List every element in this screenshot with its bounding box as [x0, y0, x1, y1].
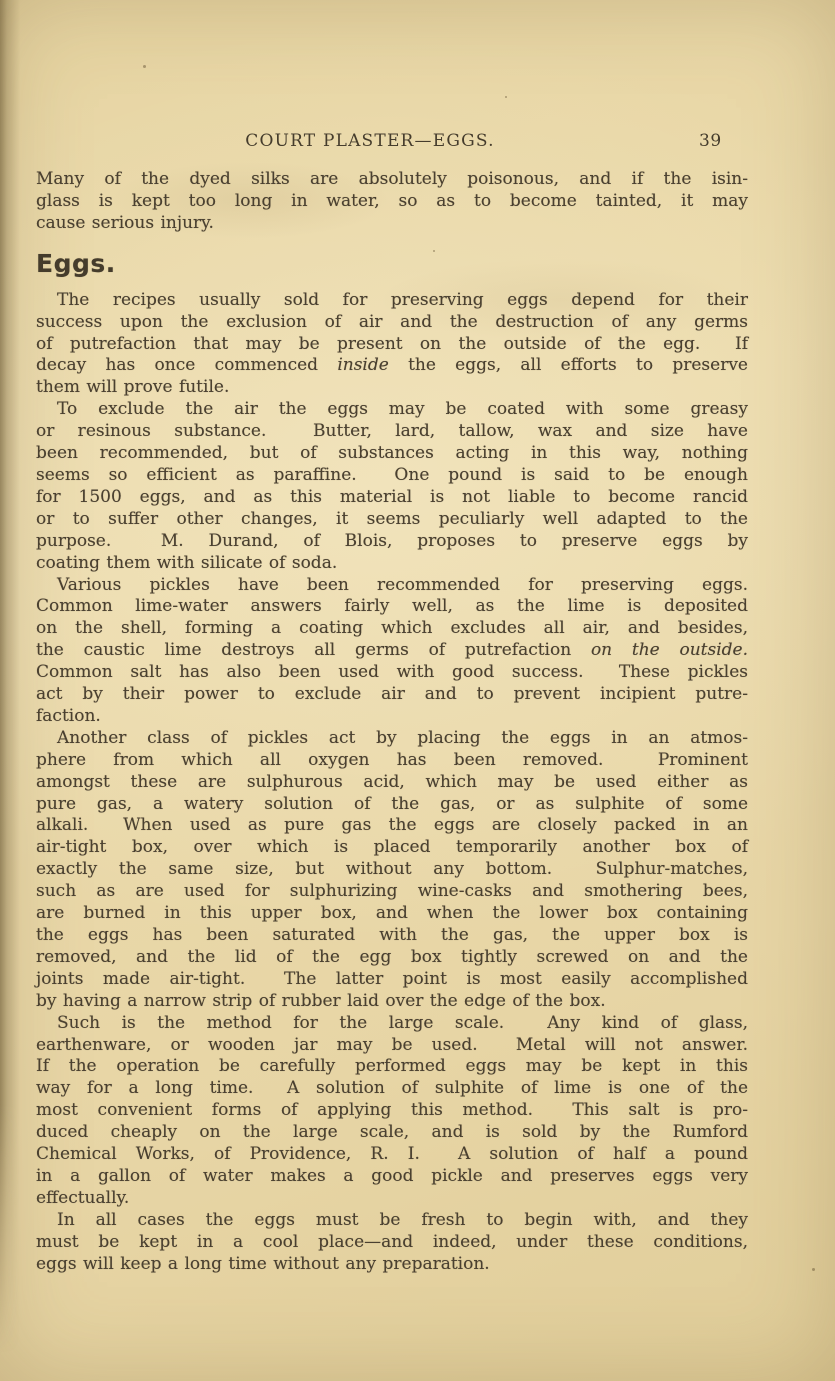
text-line: Various pickles have been recommended fo… [36, 575, 748, 597]
text-line: such as are used for sulphurizing wine-c… [36, 881, 748, 903]
text-line: or to suffer other changes, it seems pec… [36, 509, 748, 531]
text-line: seems so efficient as paraffine. One pou… [36, 465, 748, 487]
text-line: phere from which all oxygen has been rem… [36, 750, 748, 772]
text-line: the eggs has been saturated with the gas… [36, 925, 748, 947]
text-line: in a gallon of water makes a good pickle… [36, 1166, 748, 1188]
section-heading: Eggs. [36, 247, 748, 281]
paragraph: Another class of pickles act by placing … [36, 728, 748, 1013]
paper-speck [812, 1268, 815, 1271]
text-line: way for a long time. A solution of sulph… [36, 1078, 748, 1100]
paper-speck [505, 96, 507, 98]
text-line: purpose. M. Durand, of Blois, proposes t… [36, 531, 748, 553]
text-line: the caustic lime destroys all germs of p… [36, 640, 748, 662]
page-gutter-shadow [0, 0, 20, 1381]
paragraph: In all cases the eggs must be fresh to b… [36, 1210, 748, 1276]
text-line: joints made air-tight. The latter point … [36, 969, 748, 991]
paragraph: Such is the method for the large scale. … [36, 1013, 748, 1210]
text-line: Common lime-water answers fairly well, a… [36, 596, 748, 618]
paragraph: To exclude the air the eggs may be coate… [36, 399, 748, 574]
text-line: earthenware, or wooden jar may be used. … [36, 1035, 748, 1057]
text-line: To exclude the air the eggs may be coate… [36, 399, 748, 421]
paragraph: Various pickles have been recommended fo… [36, 575, 748, 728]
page-body: Many of the dyed silks are absolutely po… [36, 169, 748, 1276]
text-line: decay has once commenced inside the eggs… [36, 355, 748, 377]
text-line: If the operation be carefully performed … [36, 1056, 748, 1078]
scanned-book-page: COURT PLASTER—EGGS. 39 Many of the dyed … [0, 0, 835, 1381]
text-line: must be kept in a cool place—and indeed,… [36, 1232, 748, 1254]
text-line: cause serious injury. [36, 213, 748, 235]
text-line: air-tight box, over which is placed temp… [36, 837, 748, 859]
text-line: for 1500 eggs, and as this material is n… [36, 487, 748, 509]
header-title: COURT PLASTER—EGGS. [30, 131, 710, 151]
text-line: faction. [36, 706, 748, 728]
text-line: exactly the same size, but without any b… [36, 859, 748, 881]
text-line: Common salt has also been used with good… [36, 662, 748, 684]
text-line: by having a narrow strip of rubber laid … [36, 991, 748, 1013]
page-number: 39 [699, 131, 722, 151]
text-line: success upon the exclusion of air and th… [36, 312, 748, 334]
text-line: been recommended, but of substances acti… [36, 443, 748, 465]
paragraph: Many of the dyed silks are absolutely po… [36, 169, 748, 235]
text-line: Chemical Works, of Providence, R. I. A s… [36, 1144, 748, 1166]
text-line: duced cheaply on the large scale, and is… [36, 1122, 748, 1144]
text-line: most convenient forms of applying this m… [36, 1100, 748, 1122]
text-line: or resinous substance. Butter, lard, tal… [36, 421, 748, 443]
text-line: Another class of pickles act by placing … [36, 728, 748, 750]
text-line: pure gas, a watery solution of the gas, … [36, 794, 748, 816]
text-line: on the shell, forming a coating which ex… [36, 618, 748, 640]
text-line: coating them with silicate of soda. [36, 553, 748, 575]
text-line: effectually. [36, 1188, 748, 1210]
text-line: In all cases the eggs must be fresh to b… [36, 1210, 748, 1232]
text-line: amongst these are sulphurous acid, which… [36, 772, 748, 794]
text-line: removed, and the lid of the egg box tigh… [36, 947, 748, 969]
text-line: Many of the dyed silks are absolutely po… [36, 169, 748, 191]
text-line: eggs will keep a long time without any p… [36, 1254, 748, 1276]
paper-speck [143, 65, 146, 68]
text-line: The recipes usually sold for preserving … [36, 290, 748, 312]
text-line: act by their power to exclude air and to… [36, 684, 748, 706]
paragraph: The recipes usually sold for preserving … [36, 290, 748, 400]
text-line: are burned in this upper box, and when t… [36, 903, 748, 925]
text-line: alkali. When used as pure gas the eggs a… [36, 815, 748, 837]
text-line: of putrefaction that may be present on t… [36, 334, 748, 356]
paper-speck [433, 250, 435, 252]
text-line: glass is kept too long in water, so as t… [36, 191, 748, 213]
text-line: Such is the method for the large scale. … [36, 1013, 748, 1035]
text-line: them will prove futile. [36, 377, 748, 399]
